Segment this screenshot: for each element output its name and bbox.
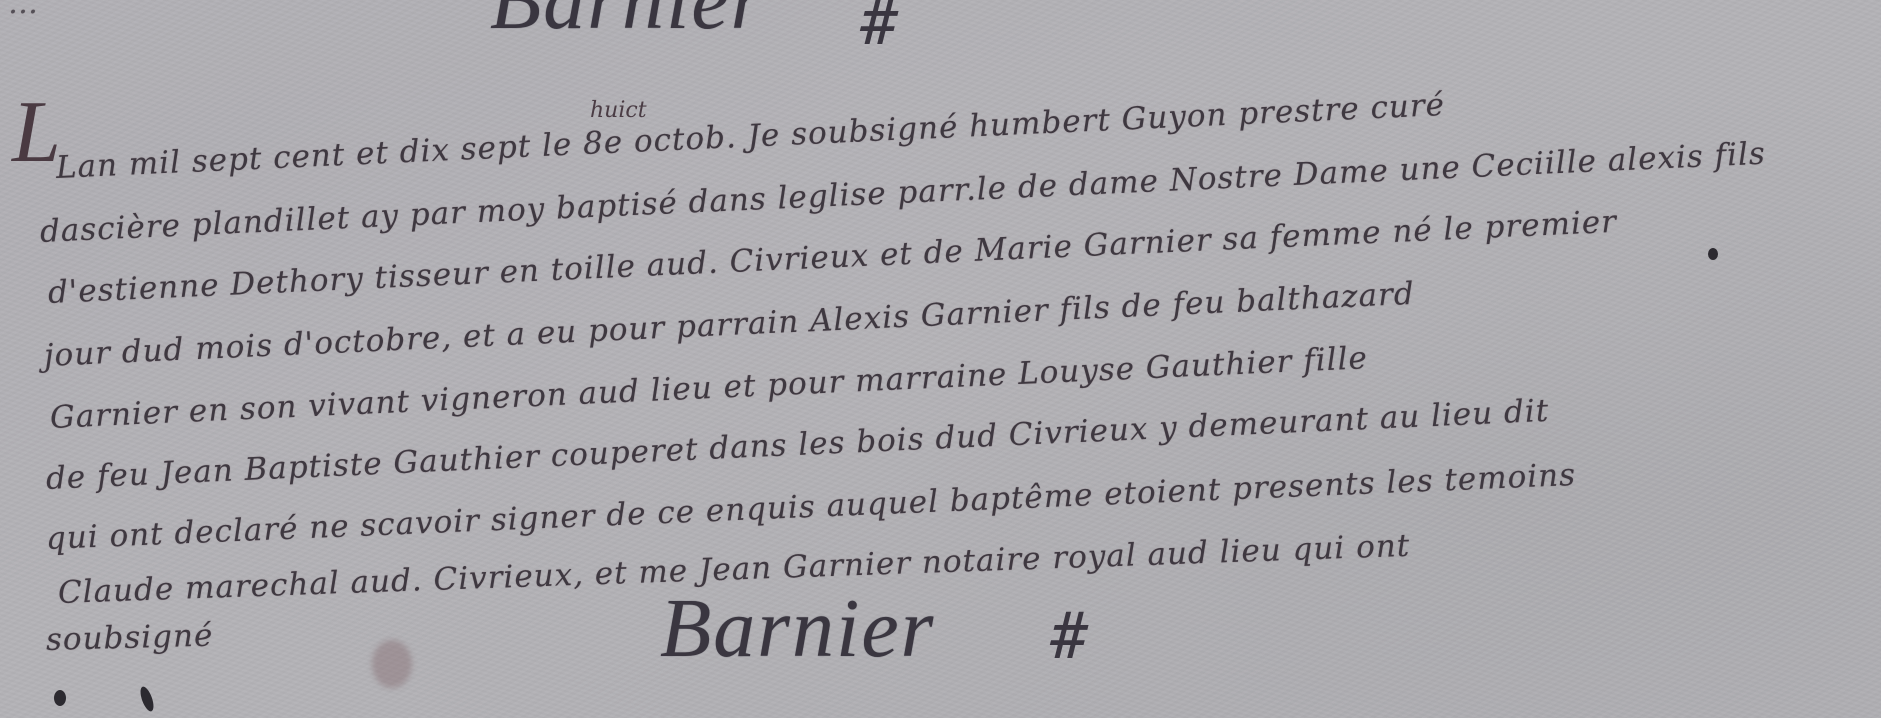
- top-signature: Barnier: [490, 0, 765, 49]
- ink-blot: [1708, 248, 1718, 260]
- ink-blot: [138, 685, 156, 713]
- top-signature-paraph: #: [860, 0, 899, 60]
- interlinear-insert: huict: [590, 98, 647, 123]
- entry-line-9: soubsigné: [46, 618, 214, 658]
- bottom-signature: Barnier: [660, 580, 935, 677]
- initial-letter: L: [12, 82, 61, 183]
- ink-stain: [372, 640, 412, 688]
- bottom-signature-paraph: #: [1050, 600, 1089, 674]
- previous-entry-fragment: …: [8, 0, 39, 21]
- parish-register-page: … Barnier # huict L Lan mil sept cent et…: [0, 0, 1881, 718]
- ink-blot: [54, 690, 66, 706]
